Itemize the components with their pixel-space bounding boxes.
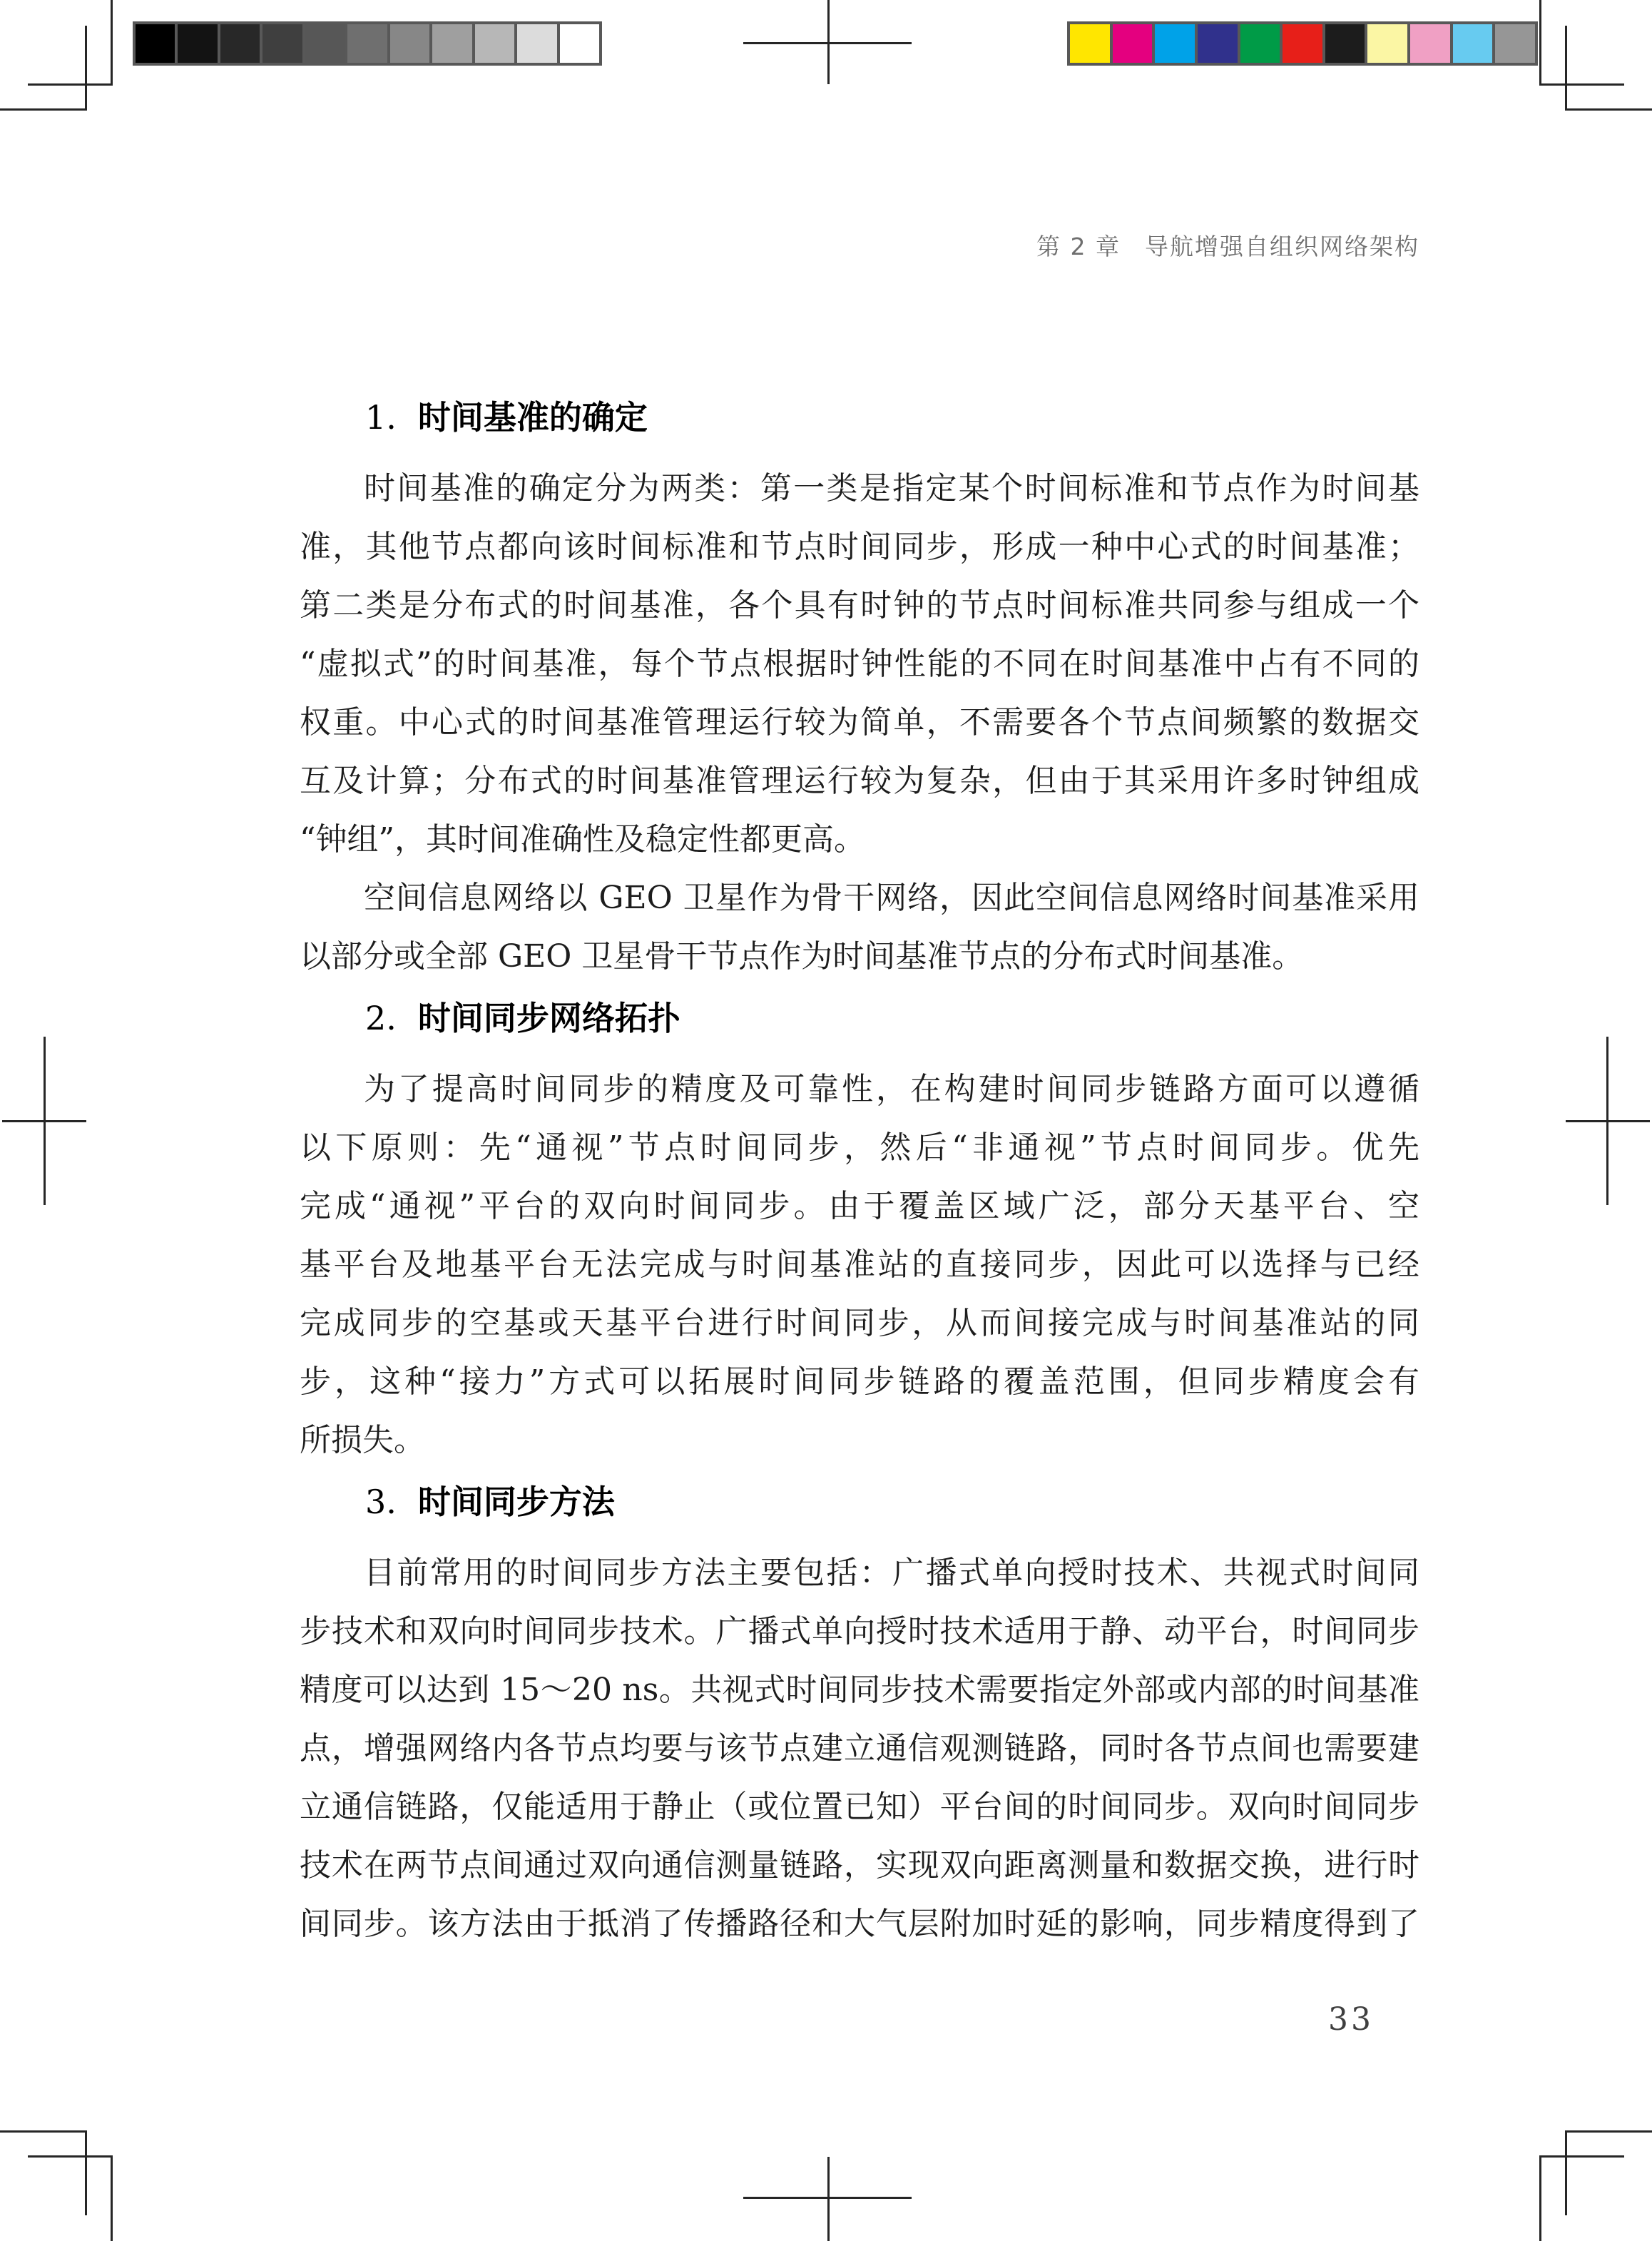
section-heading: 2.时间同步网络拓扑 [300, 997, 1419, 1039]
page-body: 1.时间基准的确定时间基准的确定分为两类：第一类是指定某个时间标准和节点作为时间… [300, 397, 1419, 1953]
calibration-swatch [1283, 24, 1322, 63]
crop-mark-bottom-left-v1 [111, 2155, 113, 2241]
section-title: 时间同步网络拓扑 [418, 999, 680, 1037]
text-line: 互及计算；分布式的时间基准管理运行较为复杂，但由于其采用许多时钟组成 [300, 752, 1419, 810]
text-line: “钟组”，其时间准确性及稳定性都更高。 [300, 810, 1419, 869]
crop-mark-bottom-left-v2 [85, 2130, 87, 2215]
register-mark-top-center-h [743, 42, 912, 44]
crop-mark-top-left-h2 [0, 108, 86, 111]
text-line: 以下原则：先“通视”节点时间同步，然后“非通视”节点时间同步。优先 [300, 1119, 1419, 1177]
calibration-swatch [1198, 24, 1238, 63]
text-line: 准，其他节点都向该时间标准和节点时间同步，形成一种中心式的时间基准； [300, 518, 1419, 576]
text-line: 基平台及地基平台无法完成与时间基准站的直接同步，因此可以选择与已经 [300, 1236, 1419, 1294]
color-calibration-bar [1067, 21, 1538, 66]
calibration-swatch [1325, 24, 1365, 63]
calibration-swatch [305, 24, 345, 63]
running-header: 第 2 章导航增强自组织网络架构 [300, 233, 1419, 261]
text-line: 立通信链路，仅能适用于静止（或位置已知）平台间的时间同步。双向时间同步 [300, 1778, 1419, 1836]
book-page: 第 2 章导航增强自组织网络架构 1.时间基准的确定时间基准的确定分为两类：第一… [0, 0, 1652, 2241]
paragraph: 目前常用的时间同步方法主要包括：广播式单向授时技术、共视式时间同步技术和双向时间… [300, 1544, 1419, 1953]
crop-mark-top-left-v2 [85, 26, 87, 111]
section-heading: 1.时间基准的确定 [300, 397, 1419, 438]
crop-mark-top-right-v2 [1565, 26, 1567, 111]
calibration-swatch [178, 24, 217, 63]
calibration-swatch [560, 24, 599, 63]
calibration-swatch [347, 24, 387, 63]
crop-mark-top-right-h1 [1540, 83, 1624, 86]
section-number: 1. [365, 398, 397, 437]
text-line: 目前常用的时间同步方法主要包括：广播式单向授时技术、共视式时间同 [300, 1544, 1419, 1602]
text-line: 权重。中心式的时间基准管理运行较为简单，不需要各个节点间频繁的数据交 [300, 693, 1419, 752]
page-number: 33 [1328, 2002, 1374, 2038]
crop-mark-bottom-left-h2 [0, 2130, 86, 2133]
calibration-swatch [1113, 24, 1153, 63]
crop-mark-bottom-right-v1 [1539, 2155, 1541, 2241]
text-line: 完成同步的空基或天基平台进行时间同步，从而间接完成与时间基准站的同 [300, 1294, 1419, 1353]
calibration-swatch [1155, 24, 1195, 63]
calibration-swatch [432, 24, 471, 63]
text-line: 步，这种“接力”方式可以拓展时间同步链路的覆盖范围，但同步精度会有 [300, 1353, 1419, 1411]
grayscale-calibration-bar [133, 21, 602, 66]
register-mark-bottom-center-h [743, 2197, 912, 2199]
calibration-swatch [475, 24, 514, 63]
text-line: 第二类是分布式的时间基准，各个具有时钟的节点时间标准共同参与组成一个 [300, 576, 1419, 635]
crop-mark-top-left-v1 [111, 0, 113, 86]
text-line: 以部分或全部 GEO 卫星骨干节点作为时间基准节点的分布式时间基准。 [300, 928, 1419, 986]
text-line: 精度可以达到 15～20 ns。共视式时间同步技术需要指定外部或内部的时间基准 [300, 1661, 1419, 1719]
crop-mark-top-right-v1 [1539, 0, 1541, 86]
crop-mark-top-left-h1 [28, 83, 112, 86]
calibration-swatch [1453, 24, 1493, 63]
calibration-swatch [390, 24, 429, 63]
text-line: 间同步。该方法由于抵消了传播路径和大气层附加时延的影响，同步精度得到了 [300, 1895, 1419, 1953]
calibration-swatch [220, 24, 260, 63]
text-line: 完成“通视”平台的双向时间同步。由于覆盖区域广泛，部分天基平台、空 [300, 1177, 1419, 1236]
running-header-title: 导航增强自组织网络架构 [1145, 233, 1419, 260]
text-line: “虚拟式”的时间基准，每个节点根据时钟性能的不同在时间基准中占有不同的 [300, 635, 1419, 693]
register-mark-bottom-center-v [827, 2157, 830, 2241]
text-line: 步技术和双向时间同步技术。广播式单向授时技术适用于静、动平台，时间同步 [300, 1602, 1419, 1661]
calibration-swatch [136, 24, 175, 63]
text-line: 时间基准的确定分为两类：第一类是指定某个时间标准和节点作为时间基 [300, 459, 1419, 518]
crop-mark-bottom-left-h1 [28, 2155, 112, 2158]
calibration-swatch [1367, 24, 1407, 63]
section-number: 2. [365, 999, 397, 1037]
calibration-swatch [1495, 24, 1535, 63]
paragraph: 时间基准的确定分为两类：第一类是指定某个时间标准和节点作为时间基准，其他节点都向… [300, 459, 1419, 869]
section-title: 时间基准的确定 [418, 398, 648, 437]
crop-mark-bottom-right-h1 [1540, 2155, 1624, 2158]
crop-mark-top-right-h2 [1566, 108, 1652, 111]
calibration-swatch [1070, 24, 1110, 63]
section-number: 3. [365, 1483, 397, 1521]
text-line: 所损失。 [300, 1411, 1419, 1470]
calibration-swatch [1240, 24, 1280, 63]
paragraph: 空间信息网络以 GEO 卫星作为骨干网络，因此空间信息网络时间基准采用以部分或全… [300, 869, 1419, 986]
section-heading: 3.时间同步方法 [300, 1481, 1419, 1523]
text-line: 为了提高时间同步的精度及可靠性，在构建时间同步链路方面可以遵循 [300, 1060, 1419, 1119]
register-mark-right-h [1566, 1120, 1650, 1122]
crop-mark-bottom-right-h2 [1566, 2130, 1652, 2133]
crop-mark-bottom-right-v2 [1565, 2130, 1567, 2215]
calibration-swatch [262, 24, 302, 63]
text-line: 点，增强网络内各节点均要与该节点建立通信观测链路，同时各节点间也需要建 [300, 1719, 1419, 1778]
register-mark-left-h [2, 1120, 86, 1122]
running-header-chapter: 第 2 章 [1036, 233, 1121, 260]
calibration-swatch [1410, 24, 1450, 63]
text-line: 空间信息网络以 GEO 卫星作为骨干网络，因此空间信息网络时间基准采用 [300, 869, 1419, 928]
text-line: 技术在两节点间通过双向通信测量链路，实现双向距离测量和数据交换，进行时 [300, 1836, 1419, 1895]
paragraph: 为了提高时间同步的精度及可靠性，在构建时间同步链路方面可以遵循以下原则：先“通视… [300, 1060, 1419, 1470]
section-title: 时间同步方法 [418, 1483, 615, 1521]
calibration-swatch [517, 24, 556, 63]
